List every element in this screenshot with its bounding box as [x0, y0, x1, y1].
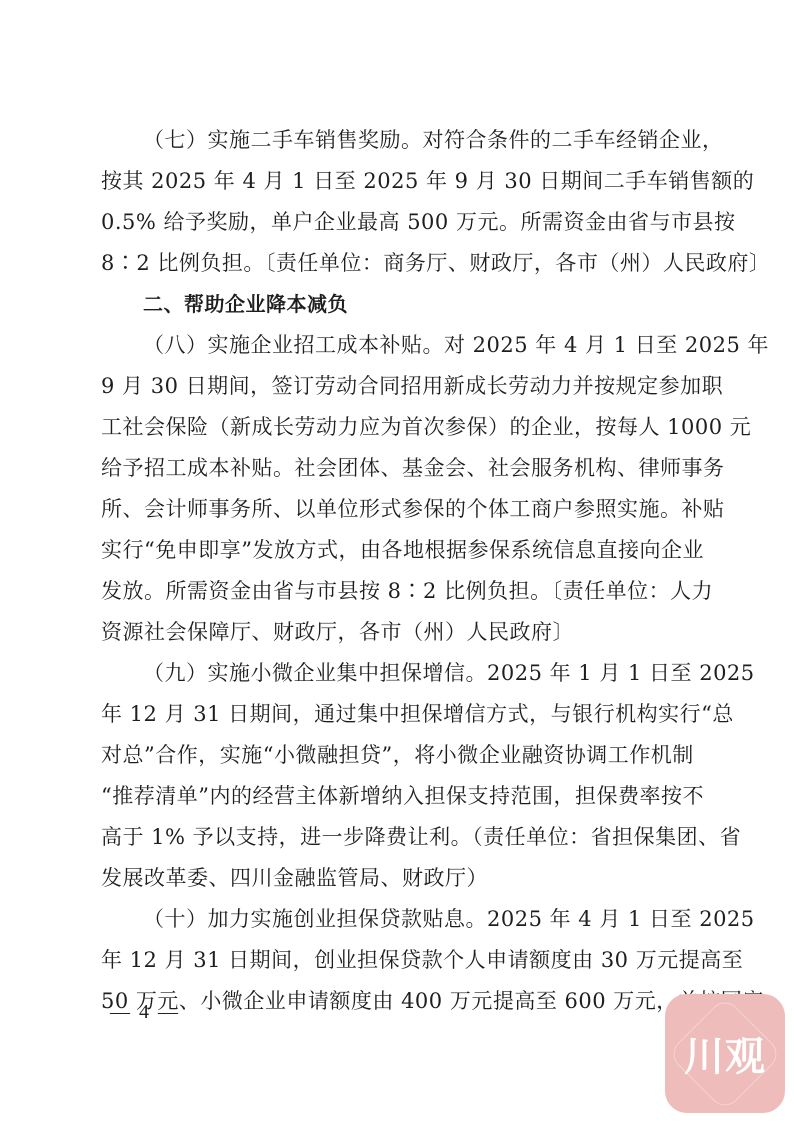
paragraph-line: （七）实施二手车销售奖励。对符合条件的二手车经销企业， [101, 120, 691, 161]
watermark-text: 川观 [684, 1025, 766, 1082]
section-heading: 二、帮助企业降本减负 [101, 284, 691, 325]
paragraph-line: 发展改革委、四川金融监管局、财政厅） [101, 858, 691, 899]
chuanguan-logo-watermark: 川观 [665, 994, 785, 1113]
paragraph-line: 对总”合作，实施“小微融担贷”，将小微企业融资协调工作机制 [101, 735, 691, 776]
paragraph-line: 50 万元、小微企业申请额度由 400 万元提高至 600 万元，并按国家 [101, 981, 691, 1022]
document-page: （七）实施二手车销售奖励。对符合条件的二手车经销企业， 按其 2025 年 4 … [101, 120, 691, 1022]
paragraph-line: 资源社会保障厅、财政厅，各市（州）人民政府〕 [101, 612, 691, 653]
paragraph-line: 工社会保险（新成长劳动力应为首次参保）的企业，按每人 1000 元 [101, 407, 691, 448]
page-number: — 4 — [110, 1000, 180, 1024]
paragraph-line: 发放。所需资金由省与市县按 8∶2 比例负担。〔责任单位：人力 [101, 571, 691, 612]
paragraph-line: （九）实施小微企业集中担保增信。2025 年 1 月 1 日至 2025 [101, 653, 691, 694]
paragraph-line: 年 12 月 31 日期间，创业担保贷款个人申请额度由 30 万元提高至 [101, 940, 691, 981]
paragraph-line: 所、会计师事务所、以单位形式参保的个体工商户参照实施。补贴 [101, 489, 691, 530]
paragraph-line: 给予招工成本补贴。社会团体、基金会、社会服务机构、律师事务 [101, 448, 691, 489]
paragraph-line: （十）加力实施创业担保贷款贴息。2025 年 4 月 1 日至 2025 [101, 899, 691, 940]
paragraph-line: 年 12 月 31 日期间，通过集中担保增信方式，与银行机构实行“总 [101, 694, 691, 735]
paragraph-line: 实行“免申即享”发放方式，由各地根据参保系统信息直接向企业 [101, 530, 691, 571]
paragraph-line: 按其 2025 年 4 月 1 日至 2025 年 9 月 30 日期间二手车销… [101, 161, 691, 202]
paragraph-line: 9 月 30 日期间，签订劳动合同招用新成长劳动力并按规定参加职 [101, 366, 691, 407]
paragraph-line: “推荐清单”内的经营主体新增纳入担保支持范围，担保费率按不 [101, 776, 691, 817]
paragraph-line: （八）实施企业招工成本补贴。对 2025 年 4 月 1 日至 2025 年 [101, 325, 691, 366]
paragraph-line: 高于 1% 予以支持，进一步降费让利。（责任单位：省担保集团、省 [101, 817, 691, 858]
paragraph-line: 0.5% 给予奖励，单户企业最高 500 万元。所需资金由省与市县按 [101, 202, 691, 243]
paragraph-line: 8∶2 比例负担。〔责任单位：商务厅、财政厅，各市（州）人民政府〕 [101, 243, 691, 284]
